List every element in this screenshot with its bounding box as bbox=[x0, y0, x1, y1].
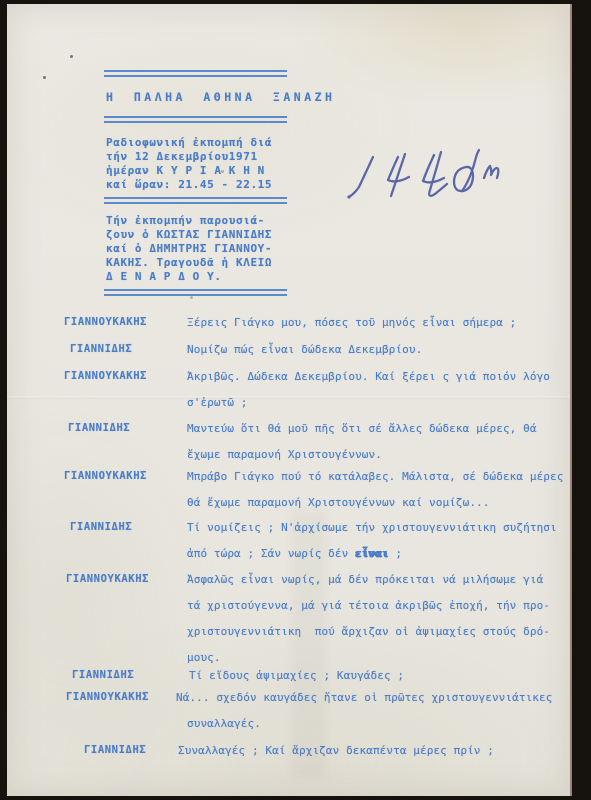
dialogue-line: Μαντεύω ὅτι θά μοῦ πῆς ὅτι σέ ἄλλες δώδε… bbox=[187, 422, 537, 435]
presenters-line: Δ Ε Ν Α Ρ Δ Ο Υ. bbox=[106, 270, 222, 283]
presenters-line: ΚΑΚΗΣ. Τραγουδᾶ ἡ ΚΛΕΙΩ bbox=[106, 256, 272, 269]
dialogue-line: ἔχωμε παραμονή Χριστουγέννων. bbox=[187, 448, 382, 461]
double-rule bbox=[104, 289, 287, 296]
dialogue-line: Νομίζω πώς εἶναι δώδεκα Δεκεμβρίου. bbox=[187, 343, 422, 356]
dialogue-speaker-label: ΓΙΑΝΝΙΔΗΣ bbox=[84, 744, 146, 756]
dialogue-line: θά ἔχωμε παραμονή Χριστουγέννων καί νομί… bbox=[187, 496, 490, 509]
dialogue-speaker-label: ΓΙΑΝΝΟΥΚΑΚΗΣ bbox=[66, 691, 149, 703]
dialogue-line: συναλλαγές. bbox=[187, 717, 261, 730]
dialogue-line: μους. bbox=[187, 651, 221, 664]
dialogue-line: σ'ἐρωτῶ ; bbox=[187, 396, 248, 409]
dialogue-line: Τί εἴδους ἀψιμαχίες ; Καυγάδες ; bbox=[189, 669, 404, 682]
dialogue-speaker-label: ΓΙΑΝΝΙΔΗΣ bbox=[72, 669, 134, 681]
presenters-line: ζουν ὁ ΚΩΣΤΑΣ ΓΙΑΝΝΙΔΗΣ bbox=[106, 228, 272, 241]
broadcast-info-line: Ραδιοφωνική ἐκπομπή διά bbox=[106, 136, 272, 149]
broadcast-info-line: ἡμέραν Κ Υ Ρ Ι Α Κ Η Ν bbox=[106, 164, 265, 177]
dialogue-speaker-label: ΓΙΑΝΝΟΥΚΑΚΗΣ bbox=[64, 316, 147, 328]
dialogue-line: Ξέρεις Γιάγκο μου, πόσες τοῦ μηνός εἶναι… bbox=[187, 316, 516, 329]
scanned-page: Η ΠΑΛΗΑ ΑΘΗΝΑ ΞΑΝΑΖΗ Ραδιοφωνική ἐκπομπή… bbox=[0, 0, 591, 800]
dialogue-line: Ἀκριβῶς. Δώδεκα Δεκεμβρίου. Καί ξέρει ς … bbox=[187, 370, 550, 383]
dialogue-speaker-label: ΓΙΑΝΝΙΔΗΣ bbox=[68, 422, 130, 434]
dialogue-line: Ἀσφαλῶς εἶναι νωρίς, μά δέν πρόκειται νά… bbox=[187, 573, 543, 586]
dialogue-speaker-label: ΓΙΑΝΝΟΥΚΑΚΗΣ bbox=[64, 370, 147, 382]
typewritten-content: Η ΠΑΛΗΑ ΑΘΗΝΑ ΞΑΝΑΖΗ Ραδιοφωνική ἐκπομπή… bbox=[0, 0, 591, 800]
dialogue-speaker-label: ΓΙΑΝΝΟΥΚΑΚΗΣ bbox=[66, 573, 149, 585]
double-rule bbox=[104, 116, 287, 123]
dialogue-line: Τί νομίζεις ; Ν'ἀρχίσωμε τήν χριστουγενν… bbox=[187, 521, 557, 534]
dialogue-speaker-label: ΓΙΑΝΝΙΔΗΣ bbox=[70, 343, 132, 355]
dialogue-line: ἀπό τώρα ; Σάν νωρίς δέν εἶναι ; bbox=[187, 547, 402, 560]
dialogue-line: Μπράβο Γιάγκο πού τό κατάλαβες. Μάλιστα,… bbox=[187, 470, 563, 483]
dialogue-line: χριστουγεννιάτικη πού ἄρχιζαν οἱ ἀψιμαχί… bbox=[187, 625, 550, 638]
page-title: Η ΠΑΛΗΑ ΑΘΗΝΑ ΞΑΝΑΖΗ bbox=[106, 90, 335, 104]
dialogue-line: Νά... σχεδόν καυγάδες ἤτανε οἱ πρῶτες χρ… bbox=[176, 691, 552, 704]
dialogue-speaker-label: ΓΙΑΝΝΟΥΚΑΚΗΣ bbox=[64, 470, 147, 482]
dialogue-speaker-label: ΓΙΑΝΝΙΔΗΣ bbox=[70, 521, 132, 533]
double-rule bbox=[104, 197, 287, 204]
broadcast-info-line: καί ὥραν: 21.45 - 22.15 bbox=[106, 178, 272, 191]
broadcast-info-line: τήν 12 Δεκεμβρίου1971 bbox=[106, 150, 258, 163]
presenters-line: καί ὁ ΔΗΜΗΤΡΗΣ ΓΙΑΝΝΟΥ- bbox=[106, 242, 272, 255]
dialogue-line: Συναλλαγές ; Καί ἄρχιζαν δεκαπέντα μέρες… bbox=[178, 744, 494, 757]
double-rule bbox=[104, 70, 287, 77]
overstruck-word: εἶναι bbox=[355, 547, 389, 560]
presenters-line: Τήν ἐκπομπήν παρουσιά- bbox=[106, 214, 265, 227]
dialogue-line: τά χριστούγεννα, μά γιά τέτοια ἀκριβῶς ἐ… bbox=[187, 599, 550, 612]
